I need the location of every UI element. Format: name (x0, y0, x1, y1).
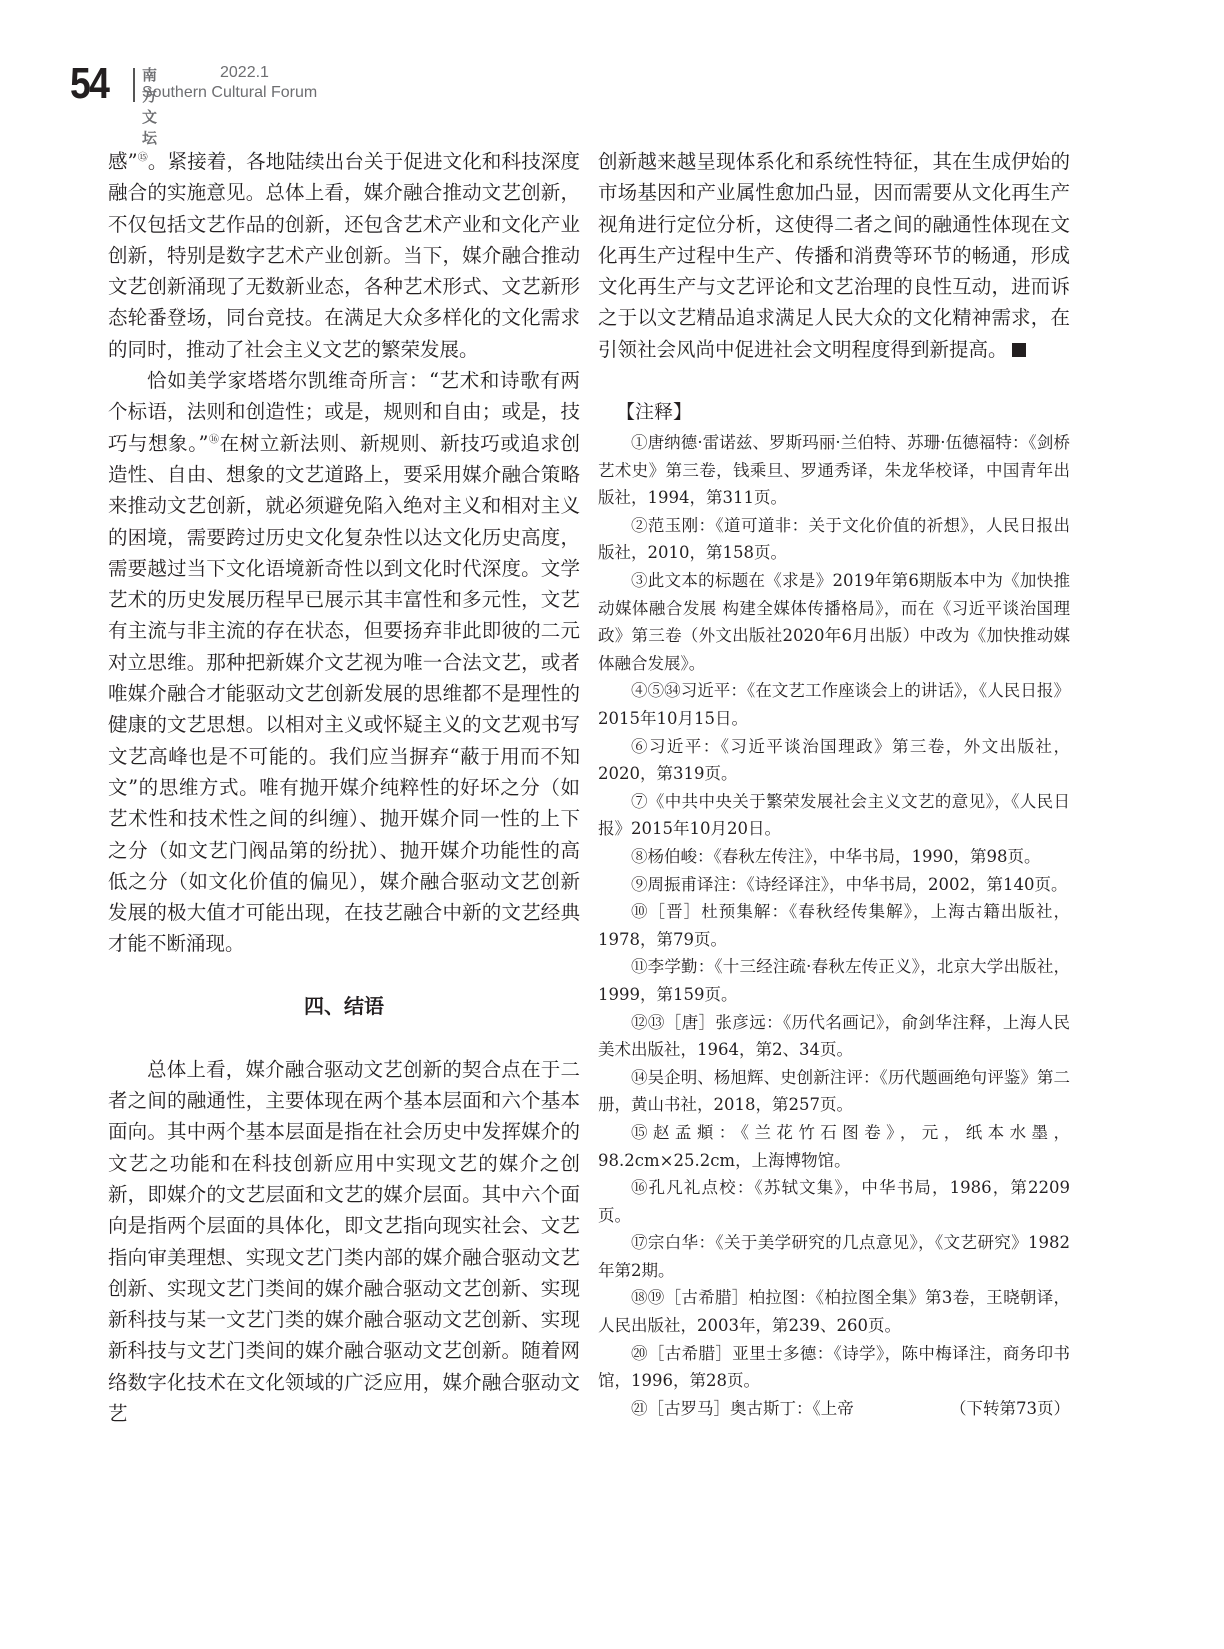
right-column: 创新越来越呈现体系化和系统性特征，其在生成伊始的市场基因和产业属性愈加凸显，因而… (598, 146, 1070, 1422)
note-item-last: ㉑［古罗马］奥古斯丁：《上帝 （下转第73页） (598, 1395, 1070, 1423)
journal-name-cn: 南方文坛 (142, 64, 157, 148)
footnote-ref[interactable]: ⑯ (208, 434, 219, 445)
journal-name-en: Southern Cultural Forum (142, 84, 317, 102)
note-item: ④⑤㉞习近平：《在文艺工作座谈会上的讲话》，《人民日报》2015年10月15日。 (598, 677, 1070, 732)
note-item: ⑭吴企明、杨旭辉、史创新注评：《历代题画绝句评鉴》第二册，黄山书社，2018，第… (598, 1064, 1070, 1119)
journal-issue: 2022.1 (220, 64, 269, 82)
note-item: ⑩［晋］杜预集解：《春秋经传集解》，上海古籍出版社，1978，第79页。 (598, 898, 1070, 953)
continued-on-page-link[interactable]: （下转第73页） (917, 1395, 1070, 1423)
note-item: ⑳［古希腊］亚里士多德：《诗学》，陈中梅译注，商务印书馆，1996，第28页。 (598, 1340, 1070, 1395)
body-paragraph: 感”⑮。紧接着，各地陆续出台关于促进文化和科技深度融合的实施意见。总体上看，媒介… (108, 146, 580, 365)
end-of-article-mark-icon (1012, 343, 1026, 357)
page-number: 54 (70, 62, 108, 106)
note-item: ③此文本的标题在《求是》2019年第6期版本中为《加快推动媒体融合发展 构建全媒… (598, 567, 1070, 677)
note-item: ⑧杨伯峻：《春秋左传注》，中华书局，1990，第98页。 (598, 843, 1070, 871)
conclusion-paragraph: 总体上看，媒介融合驱动文艺创新的契合点在于二者之间的融通性，主要体现在两个基本层… (108, 1054, 580, 1430)
note-item: ⑱⑲［古希腊］柏拉图：《柏拉图全集》第3卷，王晓朝译，人民出版社，2003年，第… (598, 1284, 1070, 1339)
header-divider (133, 68, 135, 102)
left-column: 感”⑮。紧接着，各地陆续出台关于促进文化和科技深度融合的实施意见。总体上看，媒介… (108, 146, 580, 1429)
body-paragraph: 恰如美学家塔塔尔凯维奇所言：“艺术和诗歌有两个标语，法则和创造性；或是，规则和自… (108, 365, 580, 960)
continuation-paragraph: 创新越来越呈现体系化和系统性特征，其在生成伊始的市场基因和产业属性愈加凸显，因而… (598, 146, 1070, 365)
footnote-ref[interactable]: ⑮ (138, 153, 148, 164)
note-item: ⑥习近平：《习近平谈治国理政》第三卷，外文出版社，2020，第319页。 (598, 733, 1070, 788)
note-item: ⑨周振甫译注：《诗经译注》，中华书局，2002，第140页。 (598, 871, 1070, 899)
notes-section: 【注释】 ①唐纳德·雷诺兹、罗斯玛丽·兰伯特、苏珊·伍德福特：《剑桥艺术史》第三… (598, 397, 1070, 1422)
note-item: ①唐纳德·雷诺兹、罗斯玛丽·兰伯特、苏珊·伍德福特：《剑桥艺术史》第三卷，钱乘旦… (598, 429, 1070, 512)
notes-heading: 【注释】 (598, 397, 1070, 427)
note-item: ⑯孔凡礼点校：《苏轼文集》，中华书局，1986，第2209页。 (598, 1174, 1070, 1229)
section-title: 四、结语 (108, 988, 580, 1024)
note-item: ⑰宗白华：《关于美学研究的几点意见》，《文艺研究》1982年第2期。 (598, 1229, 1070, 1284)
note-item: ②范玉刚：《道可道非：关于文化价值的祈想》，人民日报出版社，2010，第158页… (598, 512, 1070, 567)
note-item: ⑮赵孟頫：《兰花竹石图卷》，元，纸本水墨，98.2cm×25.2cm，上海博物馆… (598, 1119, 1070, 1174)
note-item: ⑦《中共中央关于繁荣发展社会主义文艺的意见》，《人民日报》2015年10月20日… (598, 788, 1070, 843)
note-item: ⑪李学勤：《十三经注疏·春秋左传正义》，北京大学出版社，1999，第159页。 (598, 953, 1070, 1008)
note-item: ⑫⑬［唐］张彦远：《历代名画记》，俞剑华注释，上海人民美术出版社，1964，第2… (598, 1009, 1070, 1064)
